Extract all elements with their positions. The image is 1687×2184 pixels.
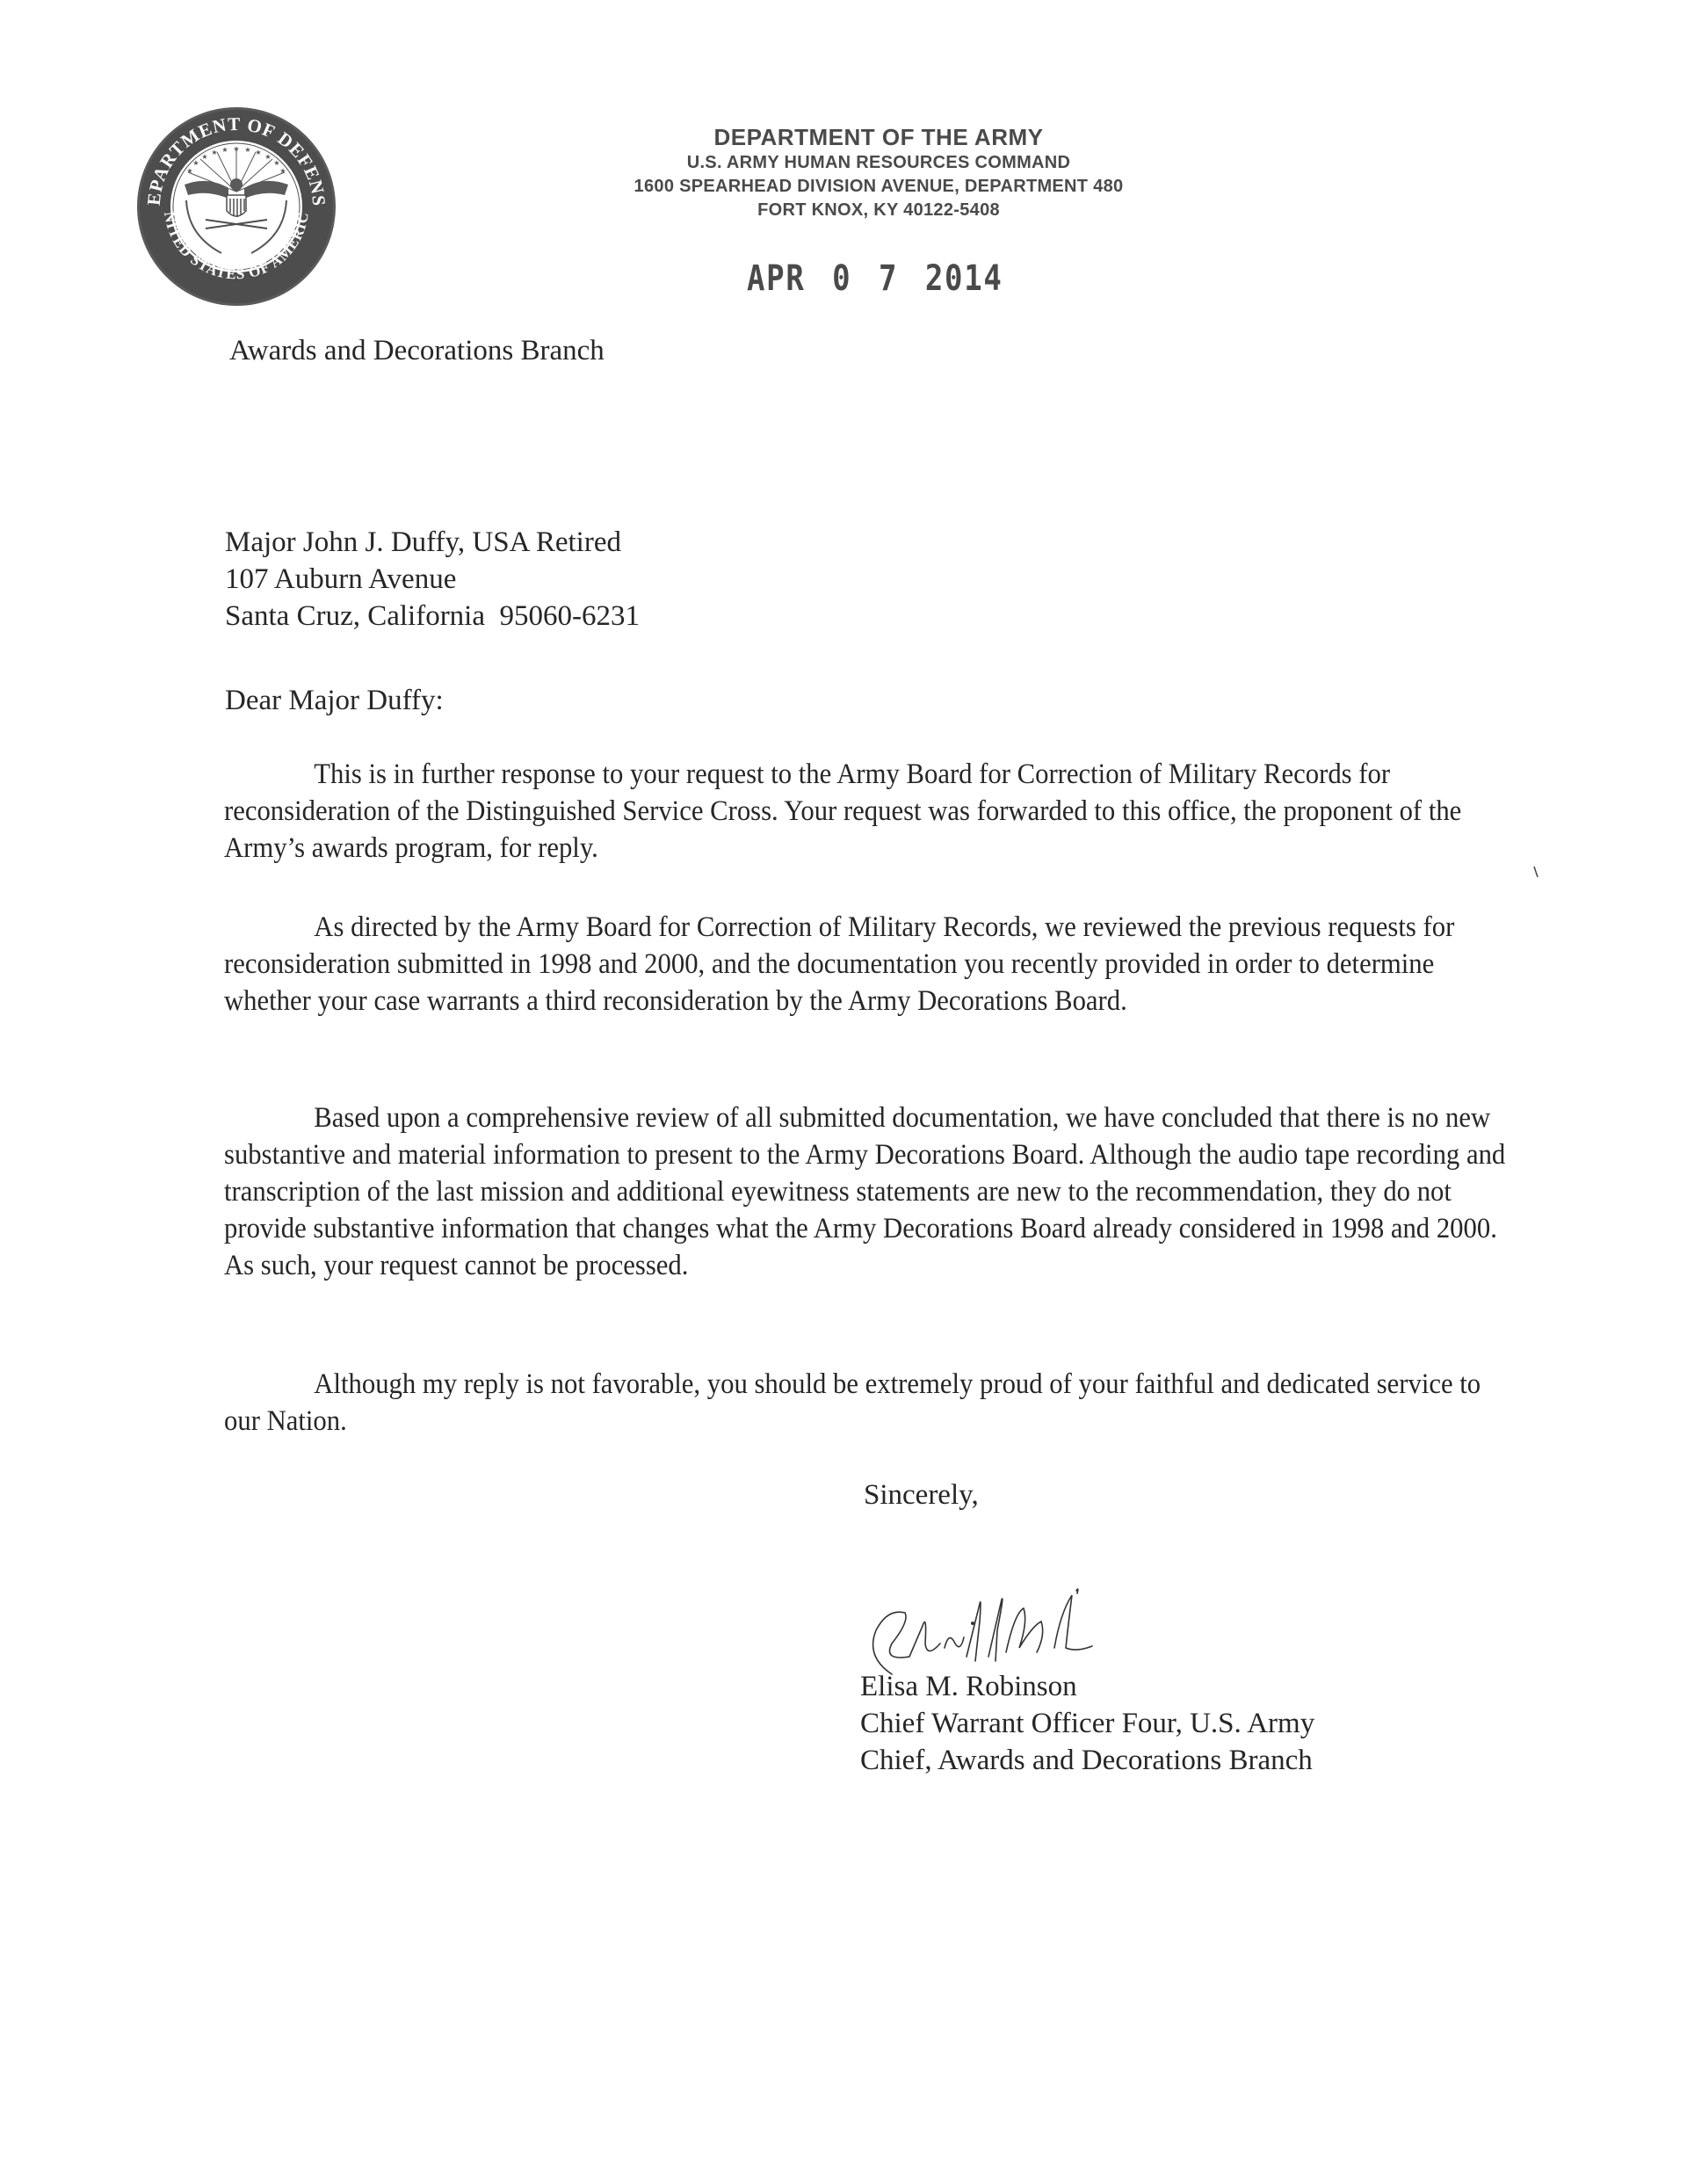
- body-paragraph-3: Based upon a comprehensive review of all…: [224, 1099, 1509, 1284]
- svg-text:★: ★: [244, 146, 250, 154]
- body-paragraph-1: This is in further response to your requ…: [224, 756, 1509, 867]
- svg-text:★: ★: [192, 159, 199, 167]
- paragraph-text: Based upon a comprehensive review of all…: [224, 1099, 1507, 1284]
- paragraph-text: Although my reply is not favorable, you …: [224, 1366, 1507, 1440]
- svg-text:★: ★: [186, 167, 192, 175]
- svg-text:★: ★: [255, 149, 261, 156]
- recipient-city: Santa Cruz, California 95060-6231: [225, 598, 640, 635]
- date-stamp: APR 0 7 2014: [747, 258, 1003, 299]
- department-of-defense-seal-icon: DEPARTMENT OF DEFENSE UNITED STATES OF A…: [134, 104, 339, 309]
- office-symbol: Awards and Decorations Branch: [229, 332, 605, 369]
- scan-artifact-mark: [1533, 866, 1539, 878]
- paragraph-text: This is in further response to your requ…: [224, 756, 1507, 867]
- signatory-name: Elisa M. Robinson: [860, 1668, 1314, 1705]
- svg-text:★: ★: [211, 149, 217, 156]
- letterhead-street: 1600 SPEARHEAD DIVISION AVENUE, DEPARTME…: [562, 175, 1195, 199]
- signatory-rank: Chief Warrant Officer Four, U.S. Army: [860, 1705, 1314, 1742]
- recipient-name: Major John J. Duffy, USA Retired: [225, 524, 640, 561]
- svg-text:★: ★: [279, 167, 286, 175]
- signature-block: Elisa M. Robinson Chief Warrant Officer …: [860, 1668, 1314, 1779]
- salutation: Dear Major Duffy:: [225, 682, 444, 719]
- letterhead: DEPARTMENT OF THE ARMY U.S. ARMY HUMAN R…: [562, 123, 1195, 222]
- letterhead-title: DEPARTMENT OF THE ARMY: [562, 123, 1195, 151]
- recipient-street: 107 Auburn Avenue: [225, 561, 640, 598]
- letterhead-city: FORT KNOX, KY 40122-5408: [562, 199, 1195, 222]
- signatory-title: Chief, Awards and Decorations Branch: [860, 1742, 1314, 1779]
- closing: Sincerely,: [864, 1477, 979, 1513]
- body-paragraph-4: Although my reply is not favorable, you …: [224, 1366, 1509, 1440]
- svg-text:★: ★: [201, 153, 207, 161]
- recipient-address: Major John J. Duffy, USA Retired 107 Aub…: [225, 524, 640, 635]
- svg-text:★: ★: [264, 153, 271, 161]
- letterhead-command: U.S. ARMY HUMAN RESOURCES COMMAND: [562, 151, 1195, 175]
- letter-page: DEPARTMENT OF DEFENSE UNITED STATES OF A…: [0, 0, 1687, 2184]
- body-paragraph-2: As directed by the Army Board for Correc…: [224, 909, 1509, 1019]
- svg-text:★: ★: [221, 146, 228, 154]
- paragraph-text: As directed by the Army Board for Correc…: [224, 909, 1507, 1019]
- svg-text:★: ★: [273, 159, 279, 167]
- svg-text:★: ★: [233, 145, 239, 153]
